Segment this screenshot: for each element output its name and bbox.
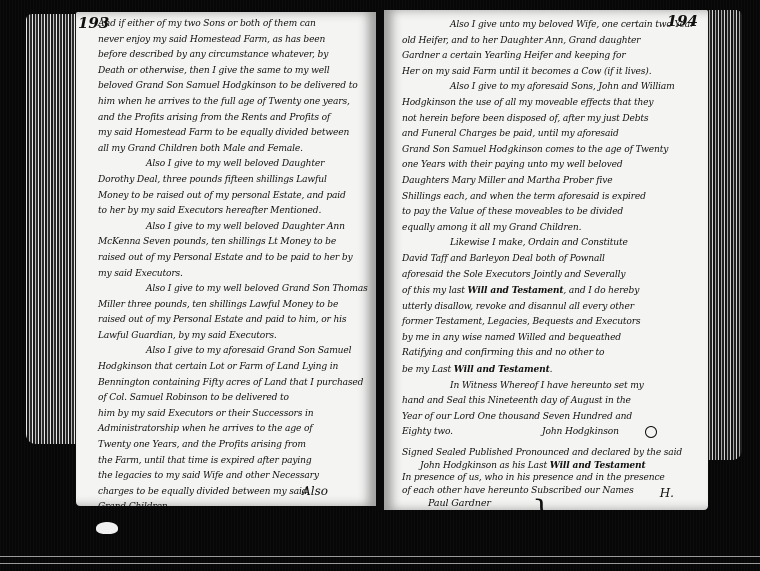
handwritten-line: utterly disallow, revoke and disannul al… bbox=[402, 300, 702, 316]
handwritten-line: Dorothy Deal, three pounds fifteen shill… bbox=[98, 173, 370, 189]
handwritten-line: Twenty one Years, and the Profits arisin… bbox=[98, 438, 370, 454]
testator-name: John Hodgkinson bbox=[542, 427, 619, 437]
handwritten-line: one Years with their paying unto my well… bbox=[402, 158, 702, 174]
handwritten-line: of this my last Will and Testament, and … bbox=[402, 283, 702, 300]
right-page: 194 Also I give unto my beloved Wife, on… bbox=[384, 10, 708, 510]
handwritten-line: Year of our Lord One thousand Seven Hund… bbox=[402, 410, 702, 426]
handwritten-line: all my Grand Children both Male and Fema… bbox=[98, 142, 370, 158]
handwritten-line: Bennington containing Fifty acres of Lan… bbox=[98, 376, 370, 392]
handwritten-line: to her by my said Executors hereafter Me… bbox=[98, 204, 370, 220]
handwritten-line: before described by any circumstance wha… bbox=[98, 48, 370, 64]
handwritten-line: him when he arrives to the full age of T… bbox=[98, 95, 370, 111]
handwritten-line: of Col. Samuel Robinson to be delivered … bbox=[98, 391, 370, 407]
handwritten-line: former Testament, Legacies, Bequests and… bbox=[402, 315, 702, 331]
handwritten-line: equally among it all my Grand Children. bbox=[402, 221, 702, 237]
handwritten-line: Also I give to my aforesaid Grand Son Sa… bbox=[98, 344, 370, 360]
handwritten-line: Grand Children. bbox=[98, 500, 370, 506]
handwritten-line: Also I give to my aforesaid Sons, John a… bbox=[402, 80, 702, 96]
catchword-right: H. bbox=[660, 486, 674, 500]
handwritten-line: old Heifer, and to her Daughter Ann, Gra… bbox=[402, 34, 702, 50]
scan-line bbox=[0, 556, 760, 557]
handwritten-line: the legacies to my said Wife and other N… bbox=[98, 469, 370, 485]
handwritten-line: Likewise I make, Ordain and Constitute bbox=[402, 236, 702, 252]
handwritten-line: Administratorship when he arrives to the… bbox=[98, 422, 370, 438]
witness-signatures: Paul GardnerAbraham BowdishJoseph Briggs… bbox=[402, 497, 702, 510]
attestation-line: In presence of us, who in his presence a… bbox=[402, 472, 702, 485]
handwritten-line: never enjoy my said Homestead Farm, as h… bbox=[98, 33, 370, 49]
handwritten-line: him by my said Executors or their Succes… bbox=[98, 407, 370, 423]
handwritten-line: Gardner a certain Yearling Heifer and ke… bbox=[402, 49, 702, 65]
handwritten-line: Hodgkinson that certain Lot or Farm of L… bbox=[98, 360, 370, 376]
handwritten-line: my said Executors. bbox=[98, 267, 370, 283]
emphasized-phrase: Will and Testament bbox=[468, 285, 564, 296]
handwritten-line: Lawful Guardian, by my said Executors. bbox=[98, 329, 370, 345]
handwritten-line: Also I give unto my beloved Wife, one ce… bbox=[402, 18, 702, 34]
catchword-left: Also bbox=[302, 484, 328, 498]
attestation-line: John Hodgkinson as his Last Will and Tes… bbox=[402, 460, 702, 473]
handwritten-line: and Funeral Charges be paid, until my af… bbox=[402, 127, 702, 143]
handwritten-line: Miller three pounds, ten shillings Lawfu… bbox=[98, 298, 370, 314]
handwritten-line: the Farm, until that time is expired aft… bbox=[98, 454, 370, 470]
attestation-line: Signed Sealed Published Pronounced and d… bbox=[402, 447, 702, 460]
handwritten-line: David Taff and Barleyon Deal both of Pow… bbox=[402, 252, 702, 268]
handwritten-line: Hodgkinson the use of all my moveable ef… bbox=[402, 96, 702, 112]
handwritten-line: And if either of my two Sons or both of … bbox=[98, 17, 370, 33]
handwritten-line: charges to be equally divided between my… bbox=[98, 485, 370, 501]
handwritten-line: Grand Son Samuel Hodgkinson comes to the… bbox=[402, 143, 702, 159]
handwritten-line: be my Last Will and Testament. bbox=[402, 362, 702, 379]
handwritten-line: and the Profits arising from the Rents a… bbox=[98, 111, 370, 127]
handwritten-line: McKenna Seven pounds, ten shillings Lt M… bbox=[98, 235, 370, 251]
handwritten-line: raised out of my Personal Estate and to … bbox=[98, 251, 370, 267]
handwritten-line: Her on my said Farm until it becomes a C… bbox=[402, 65, 702, 81]
thumb-holding-book bbox=[96, 522, 118, 534]
handwritten-line: aforesaid the Sole Executors Jointly and… bbox=[402, 268, 702, 284]
handwritten-line: Also I give to my well beloved Daughter bbox=[98, 157, 370, 173]
handwritten-line: Ratifying and confirming this and no oth… bbox=[402, 346, 702, 362]
handwritten-line: beloved Grand Son Samuel Hodgkinson to b… bbox=[98, 79, 370, 95]
scan-line bbox=[0, 563, 760, 564]
handwritten-line: raised out of my Personal Estate and pai… bbox=[98, 313, 370, 329]
handwritten-line: Also I give to my well beloved Grand Son… bbox=[98, 282, 370, 298]
handwritten-line: Daughters Mary Miller and Martha Prober … bbox=[402, 174, 702, 190]
right-page-text: Also I give unto my beloved Wife, one ce… bbox=[402, 18, 702, 510]
handwritten-line: Death or otherwise, then I give the same… bbox=[98, 64, 370, 80]
handwritten-line: not herein before been disposed of, afte… bbox=[402, 112, 702, 128]
left-page: 193 And if either of my two Sons or both… bbox=[76, 12, 376, 506]
handwritten-line: In Witness Whereof I have hereunto set m… bbox=[402, 379, 702, 395]
brace-icon: } bbox=[532, 497, 551, 510]
attestation-line: of each other have hereunto Subscribed o… bbox=[402, 485, 702, 498]
emphasized-phrase: Will and Testament bbox=[550, 460, 646, 471]
seal-icon bbox=[645, 426, 657, 438]
handwritten-line: Shillings each, and when the term afores… bbox=[402, 190, 702, 206]
left-page-text: And if either of my two Sons or both of … bbox=[98, 17, 370, 506]
handwritten-line: hand and Seal this Nineteenth day of Aug… bbox=[402, 394, 702, 410]
witness-signature: Paul Gardner bbox=[402, 497, 702, 510]
emphasized-phrase: Will and Testament bbox=[454, 364, 550, 375]
right-page-edges bbox=[706, 10, 742, 460]
left-page-edges bbox=[26, 14, 78, 444]
handwritten-line: Also I give to my well beloved Daughter … bbox=[98, 220, 370, 236]
handwritten-line: to pay the Value of these moveables to b… bbox=[402, 205, 702, 221]
handwritten-line: Money to be raised out of my personal Es… bbox=[98, 189, 370, 205]
handwritten-line: by me in any wise named Willed and beque… bbox=[402, 331, 702, 347]
handwritten-line: my said Homestead Farm to be equally div… bbox=[98, 126, 370, 142]
